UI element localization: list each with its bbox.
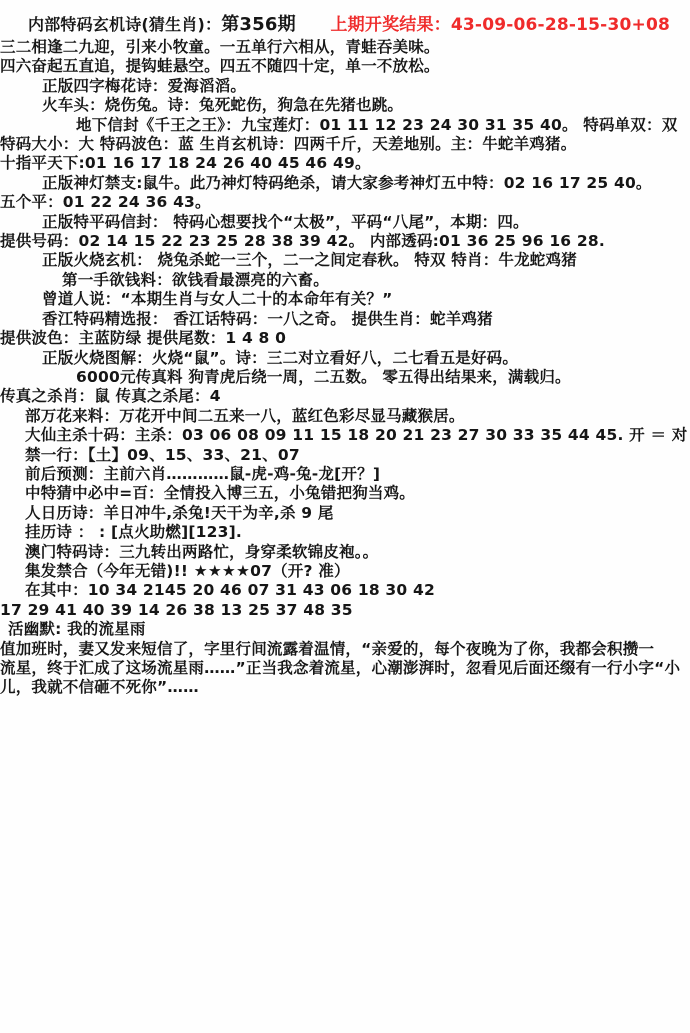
text-line: 流星，终于汇成了这场流星雨……”正当我念着流星，心潮澎湃时，忽看见后面还缀有一行… xyxy=(0,659,690,678)
text-line: 挂历诗 ： : [点火助燃][123]. xyxy=(0,523,690,542)
text-line: 部万花来料：万花开中间二五来一八，蓝红色彩尽显马藏猴居。 xyxy=(0,407,690,426)
text-line: 五个平：01 22 24 36 43。 xyxy=(0,193,690,212)
header-row: 内部特码玄机诗(猜生肖)：第356期 上期开奖结果：43-09-06-28-15… xyxy=(0,14,690,36)
issue-number: 第356期 xyxy=(221,14,296,35)
text-line: 集发禁合（今年无错)!! ★★★★07（开? 准） xyxy=(0,562,690,581)
text-line: 正版神灯禁支:鼠牛。此乃神灯特码绝杀，请大家参考神灯五中特：02 16 17 2… xyxy=(0,174,690,193)
text-line: 提供号码：02 14 15 22 23 25 28 38 39 42。 内部透码… xyxy=(0,232,690,251)
lottery-tip-sheet: 内部特码玄机诗(猜生肖)：第356期 上期开奖结果：43-09-06-28-15… xyxy=(0,0,690,1033)
text-line: 中特猜中必中=百：全情投入博三五，小兔错把狗当鸡。 xyxy=(0,484,690,503)
text-line: 值加班时，妻又发来短信了，字里行间流露着温情，“亲爱的，每个夜晚为了你，我都会积… xyxy=(0,640,690,659)
text-line: 大仙主杀十码：主杀：03 06 08 09 11 15 18 20 21 23 … xyxy=(0,426,690,445)
text-line: 传真之杀肖：鼠 传真之杀尾：4 xyxy=(0,387,690,406)
text-line: 6000元传真料 狗青虎后绕一周，二五数。 零五得出结果来，满载归。 xyxy=(0,368,690,387)
text-line: 前后预测：主前六肖…………鼠-虎-鸡-兔-龙[开？] xyxy=(0,465,690,484)
last-draw-result: 上期开奖结果：43-09-06-28-15-30+08 xyxy=(330,15,690,36)
text-line: 正版火烧图解：火烧“鼠”。诗：三二对立看好八，二七看五是好码。 xyxy=(0,349,690,368)
text-line: 活幽默: 我的流星雨 xyxy=(0,620,690,639)
page-title-text: 内部特码玄机诗(猜生肖)： xyxy=(28,15,221,34)
text-line: 儿，我就不信砸不死你”…… xyxy=(0,678,690,697)
text-line: 三二相逢二九迎，引来小牧童。一五单行六相从，青蛙吞美味。 xyxy=(0,38,690,57)
text-line: 人日历诗：羊日冲牛,杀兔!天干为辛,杀 9 尾 xyxy=(0,504,690,523)
text-line: 十指平天下:01 16 17 18 24 26 40 45 46 49。 xyxy=(0,154,690,173)
text-line: 正版火烧玄机： 烧兔杀蛇一三个，二一之间定春秋。 特双 特肖：牛龙蛇鸡猪 xyxy=(0,251,690,270)
text-line: 正版特平码信封： 特码心想要找个“太极”，平码“八尾”，本期：四。 xyxy=(0,213,690,232)
text-line: 火车头：烧伤兔。诗：兔死蛇伤，狗急在先猪也跳。 xyxy=(0,96,690,115)
text-line: 在其中：10 34 2145 20 46 07 31 43 06 18 30 4… xyxy=(0,581,690,600)
text-line: 正版四字梅花诗：爱海滔滔。 xyxy=(0,77,690,96)
text-line: 澳门特码诗：三九转出两路忙，身穿柔软锦皮袍。。 xyxy=(0,543,690,562)
content-lines: 三二相逢二九迎，引来小牧童。一五单行六相从，青蛙吞美味。四六奋起五直追，提钩蛙悬… xyxy=(0,38,690,698)
page-title: 内部特码玄机诗(猜生肖)：第356期 xyxy=(0,14,296,35)
text-line: 地下信封《千王之王》：九宝莲灯：01 11 12 23 24 30 31 35 … xyxy=(0,116,690,135)
text-line: 提供波色：主蓝防绿 提供尾数：1 4 8 0 xyxy=(0,329,690,348)
text-line: 禁一行：【土】09、15、33、21、07 xyxy=(0,446,690,465)
text-line: 第一手欲钱料：欲钱看最漂亮的六畜。 xyxy=(0,271,690,290)
last-draw-result-label: 上期开奖结果： xyxy=(330,15,450,35)
text-line: 曾道人说：“本期生肖与女人二十的本命年有关？” xyxy=(0,290,690,309)
last-draw-result-numbers: 43-09-06-28-15-30+08 xyxy=(451,15,670,35)
text-line: 17 29 41 40 39 14 26 38 13 25 37 48 35 xyxy=(0,601,690,620)
text-line: 香江特码精选报： 香江话特码：一八之奇。 提供生肖：蛇羊鸡猪 xyxy=(0,310,690,329)
text-line: 特码大小：大 特码波色：蓝 生肖玄机诗：四两千斤，天差地别。主：牛蛇羊鸡猪。 xyxy=(0,135,690,154)
text-line: 四六奋起五直追，提钩蛙悬空。四五不随四十定，单一不放松。 xyxy=(0,57,690,76)
